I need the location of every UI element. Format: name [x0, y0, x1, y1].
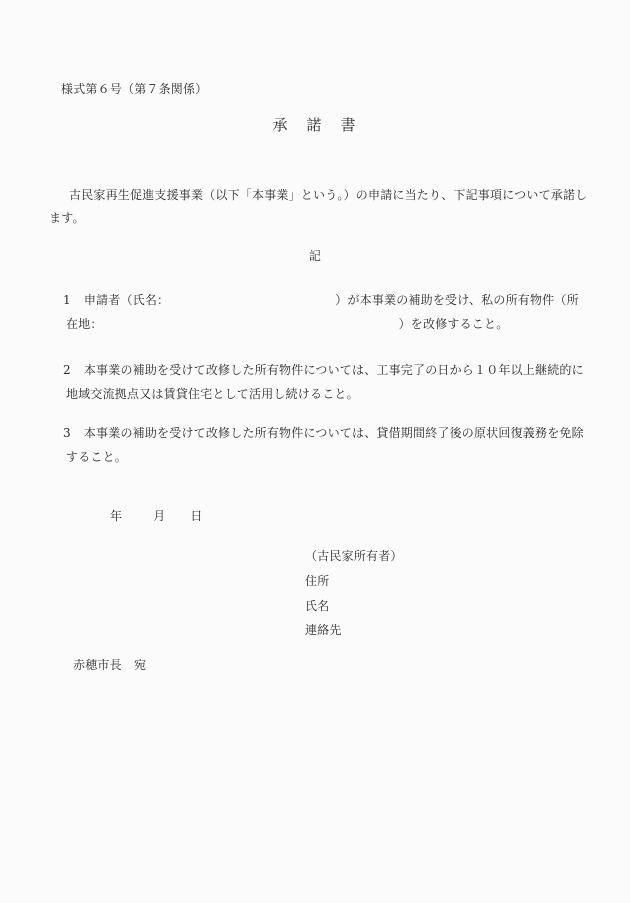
signer-role-label: （古民家所有者） — [305, 549, 403, 564]
item-1-text-post: ）が本事業の補助を受け、私の所有物件（所 — [335, 293, 579, 307]
item-1-number: 1 — [63, 293, 71, 307]
item-2-number: 2 — [63, 363, 71, 377]
intro-paragraph-line-2: ます。 — [49, 211, 85, 226]
month-label: 月 — [153, 509, 165, 523]
intro-paragraph-line-1: 古民家再生促進支援事業（以下「本事業」という。）の申請に当たり、下記事項について… — [69, 188, 587, 203]
day-label: 日 — [190, 509, 202, 523]
signer-name-label: 氏名 — [305, 599, 329, 614]
consent-item-3-line-2: すること。 — [66, 450, 127, 465]
form-number-label: 様式第６号（第７条関係） — [61, 82, 207, 97]
year-label: 年 — [110, 509, 122, 523]
addressee-line: 赤穂市長 宛 — [73, 658, 146, 673]
item-3-text-wrap: すること。 — [66, 450, 127, 464]
item-2-text: 本事業の補助を受けて改修した所有物件については、工事完了の日から１０年以上継続的… — [84, 363, 584, 377]
document-page: 様式第６号（第７条関係） 承 諾 書 古民家再生促進支援事業（以下「本事業」とい… — [0, 0, 630, 903]
consent-item-2-line-2: 地域交流拠点又は賃貸住宅として活用し続けること。 — [66, 387, 359, 402]
ki-heading: 記 — [0, 249, 630, 264]
consent-item-2-line-1: 2本事業の補助を受けて改修した所有物件については、工事完了の日から１０年以上継続… — [63, 363, 584, 378]
item-3-number: 3 — [63, 426, 71, 440]
signer-contact-label: 連絡先 — [305, 623, 342, 638]
item-1-line2-post: ）を改修すること。 — [399, 317, 509, 331]
document-title: 承 諾 書 — [0, 118, 630, 133]
item-3-text: 本事業の補助を受けて改修した所有物件については、貸借期間終了後の原状回復義務を免… — [84, 426, 584, 440]
date-line: 年月日 — [110, 509, 203, 524]
signer-address-label: 住所 — [305, 574, 329, 589]
consent-item-3-line-1: 3本事業の補助を受けて改修した所有物件については、貸借期間終了後の原状回復義務を… — [63, 426, 584, 441]
item-1-line2-pre: 在地： — [66, 317, 103, 331]
consent-item-1-line-1: 1申請者（氏名：）が本事業の補助を受け、私の所有物件（所 — [63, 293, 579, 308]
item-1-text-pre: 申請者（氏名： — [84, 293, 169, 307]
consent-item-1-line-2: 在地：）を改修すること。 — [66, 317, 508, 332]
item-2-text-wrap: 地域交流拠点又は賃貸住宅として活用し続けること。 — [66, 387, 359, 401]
